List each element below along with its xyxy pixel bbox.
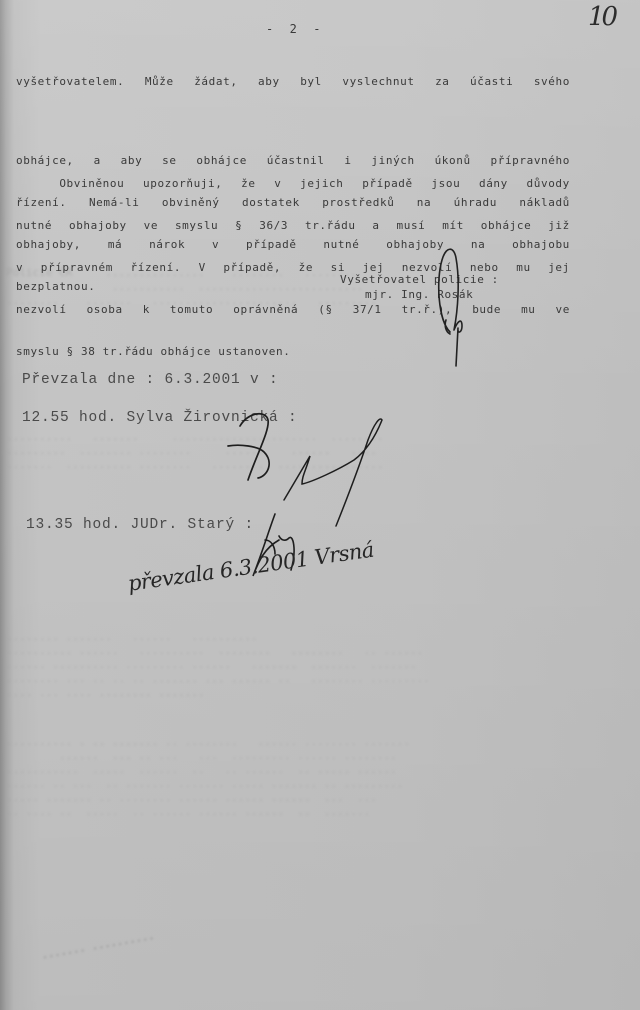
word: nezvolí (16, 303, 67, 317)
word: byl (300, 75, 322, 89)
text-line: Obviněnouupozorňuji,ževjejichpřípadějsou… (16, 177, 570, 191)
show-through-handwriting: ....... .......... (39, 920, 156, 964)
word: Obviněnou (16, 177, 124, 191)
signature-rosak-icon (420, 240, 480, 370)
word: nutné (16, 219, 52, 233)
word: důvody (527, 177, 570, 191)
word: jej (548, 261, 570, 275)
word: obhájce (481, 219, 532, 233)
word: případě, (223, 261, 281, 275)
word: upozorňuji, (143, 177, 222, 191)
word: mít (442, 219, 464, 233)
word: aby (258, 75, 280, 89)
word: osoba (87, 303, 123, 317)
word: jsou (431, 177, 460, 191)
word: V (199, 261, 206, 275)
word: a (372, 219, 379, 233)
text-line: nezvolíosobaktomutooprávněná(§37/1tr.ř.)… (16, 303, 570, 317)
word: ve (556, 303, 570, 317)
word: v (16, 261, 23, 275)
word: mu (516, 261, 530, 275)
word: za (435, 75, 449, 89)
word: mu (521, 303, 535, 317)
page-marker: - 2 - (266, 22, 321, 36)
word: řízení. (131, 261, 182, 275)
word: dány (479, 177, 508, 191)
paragraph-mandatory-defense: Obviněnouupozorňuji,ževjejichpřípadějsou… (16, 149, 570, 373)
word: že (299, 261, 313, 275)
word: jejich (300, 177, 343, 191)
word: ve (144, 219, 158, 233)
word: v (274, 177, 281, 191)
word: účasti (470, 75, 513, 89)
word: obhajoby (69, 219, 127, 233)
word: přípravném (41, 261, 113, 275)
word: 37/1 (353, 303, 382, 317)
word: již (548, 219, 570, 233)
word: 36/3 (259, 219, 288, 233)
sheet-number: 10 (588, 2, 615, 32)
word: vyšetřovatelem. (16, 75, 124, 89)
word: svého (534, 75, 570, 89)
word: tr.řádu (305, 219, 356, 233)
word: (§ (318, 303, 332, 317)
show-through-text: .......... . .. ....... .. ........ ....… (6, 735, 410, 819)
show-through-text: ........ ....... ...... .......... .....… (6, 630, 430, 700)
word: smyslu (175, 219, 218, 233)
receipt-entry-stary: 13.35 hod. JUDr. Starý : (26, 517, 254, 533)
word: případě (362, 177, 413, 191)
text-line: nutnéobhajobyvesmyslu§36/3tr.řáduamusímí… (16, 219, 570, 233)
receipt-heading: Převzala dne : 6.3.2001 v : (22, 372, 279, 388)
word: tomuto (170, 303, 213, 317)
text-line: vyšetřovatelem.Můžežádat,abybylvyslechnu… (16, 75, 570, 89)
word: Může (145, 75, 174, 89)
word: oprávněná (233, 303, 298, 317)
word: že (241, 177, 255, 191)
word: musí (397, 219, 426, 233)
word: žádat, (194, 75, 237, 89)
text-line: smyslu § 38 tr.řádu obhájce ustanoven. (16, 345, 570, 359)
word: k (143, 303, 150, 317)
word: § (235, 219, 242, 233)
word: vyslechnut (342, 75, 414, 89)
